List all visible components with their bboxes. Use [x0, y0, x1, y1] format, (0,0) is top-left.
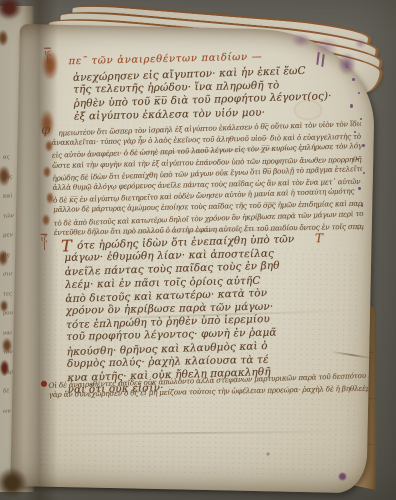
- chapter-title-row: πε῀ τῶν ἀναιρεθέντων παιδίων —: [68, 44, 262, 68]
- gospel-text-block-1: ἀνεχώρησεν εἰς αἴγυπτον· καὶ ἦν ἐκεῖ ἕωϹ…: [73, 65, 336, 124]
- section-number-tail: |: [43, 242, 46, 250]
- paragraph-ornament: ●: [40, 380, 47, 388]
- chapter-title: πε῀ τῶν ἀναιρεθέντων παιδίων —: [68, 51, 262, 67]
- text-block: ιϛ | πε῀ τῶν ἀναιρεθέντων παιδίων — ἀνεχ…: [34, 32, 376, 460]
- commentary-block-1: φ ημειωτέον ὅτι ὥσπερ τὸν ἰσραὴλ ἐξ αἰγύ…: [51, 119, 364, 239]
- initial-phi: φ: [41, 123, 50, 138]
- facing-page-red-ornament: [0, 360, 9, 376]
- section-number-mark: ιϛ |: [44, 50, 51, 64]
- manuscript-photo: αςτῆςκαὶτῶνμενθησιντεςρουναιτονγὰρδὲων: [0, 0, 396, 500]
- section-number-mark: ιζ |: [41, 236, 48, 250]
- section-number-tail: |: [46, 56, 49, 64]
- commentary-lines: ημειωτέον ὅτι ὥσπερ τὸν ἰσραὴλ ἐξ αἰγύπτ…: [51, 119, 364, 239]
